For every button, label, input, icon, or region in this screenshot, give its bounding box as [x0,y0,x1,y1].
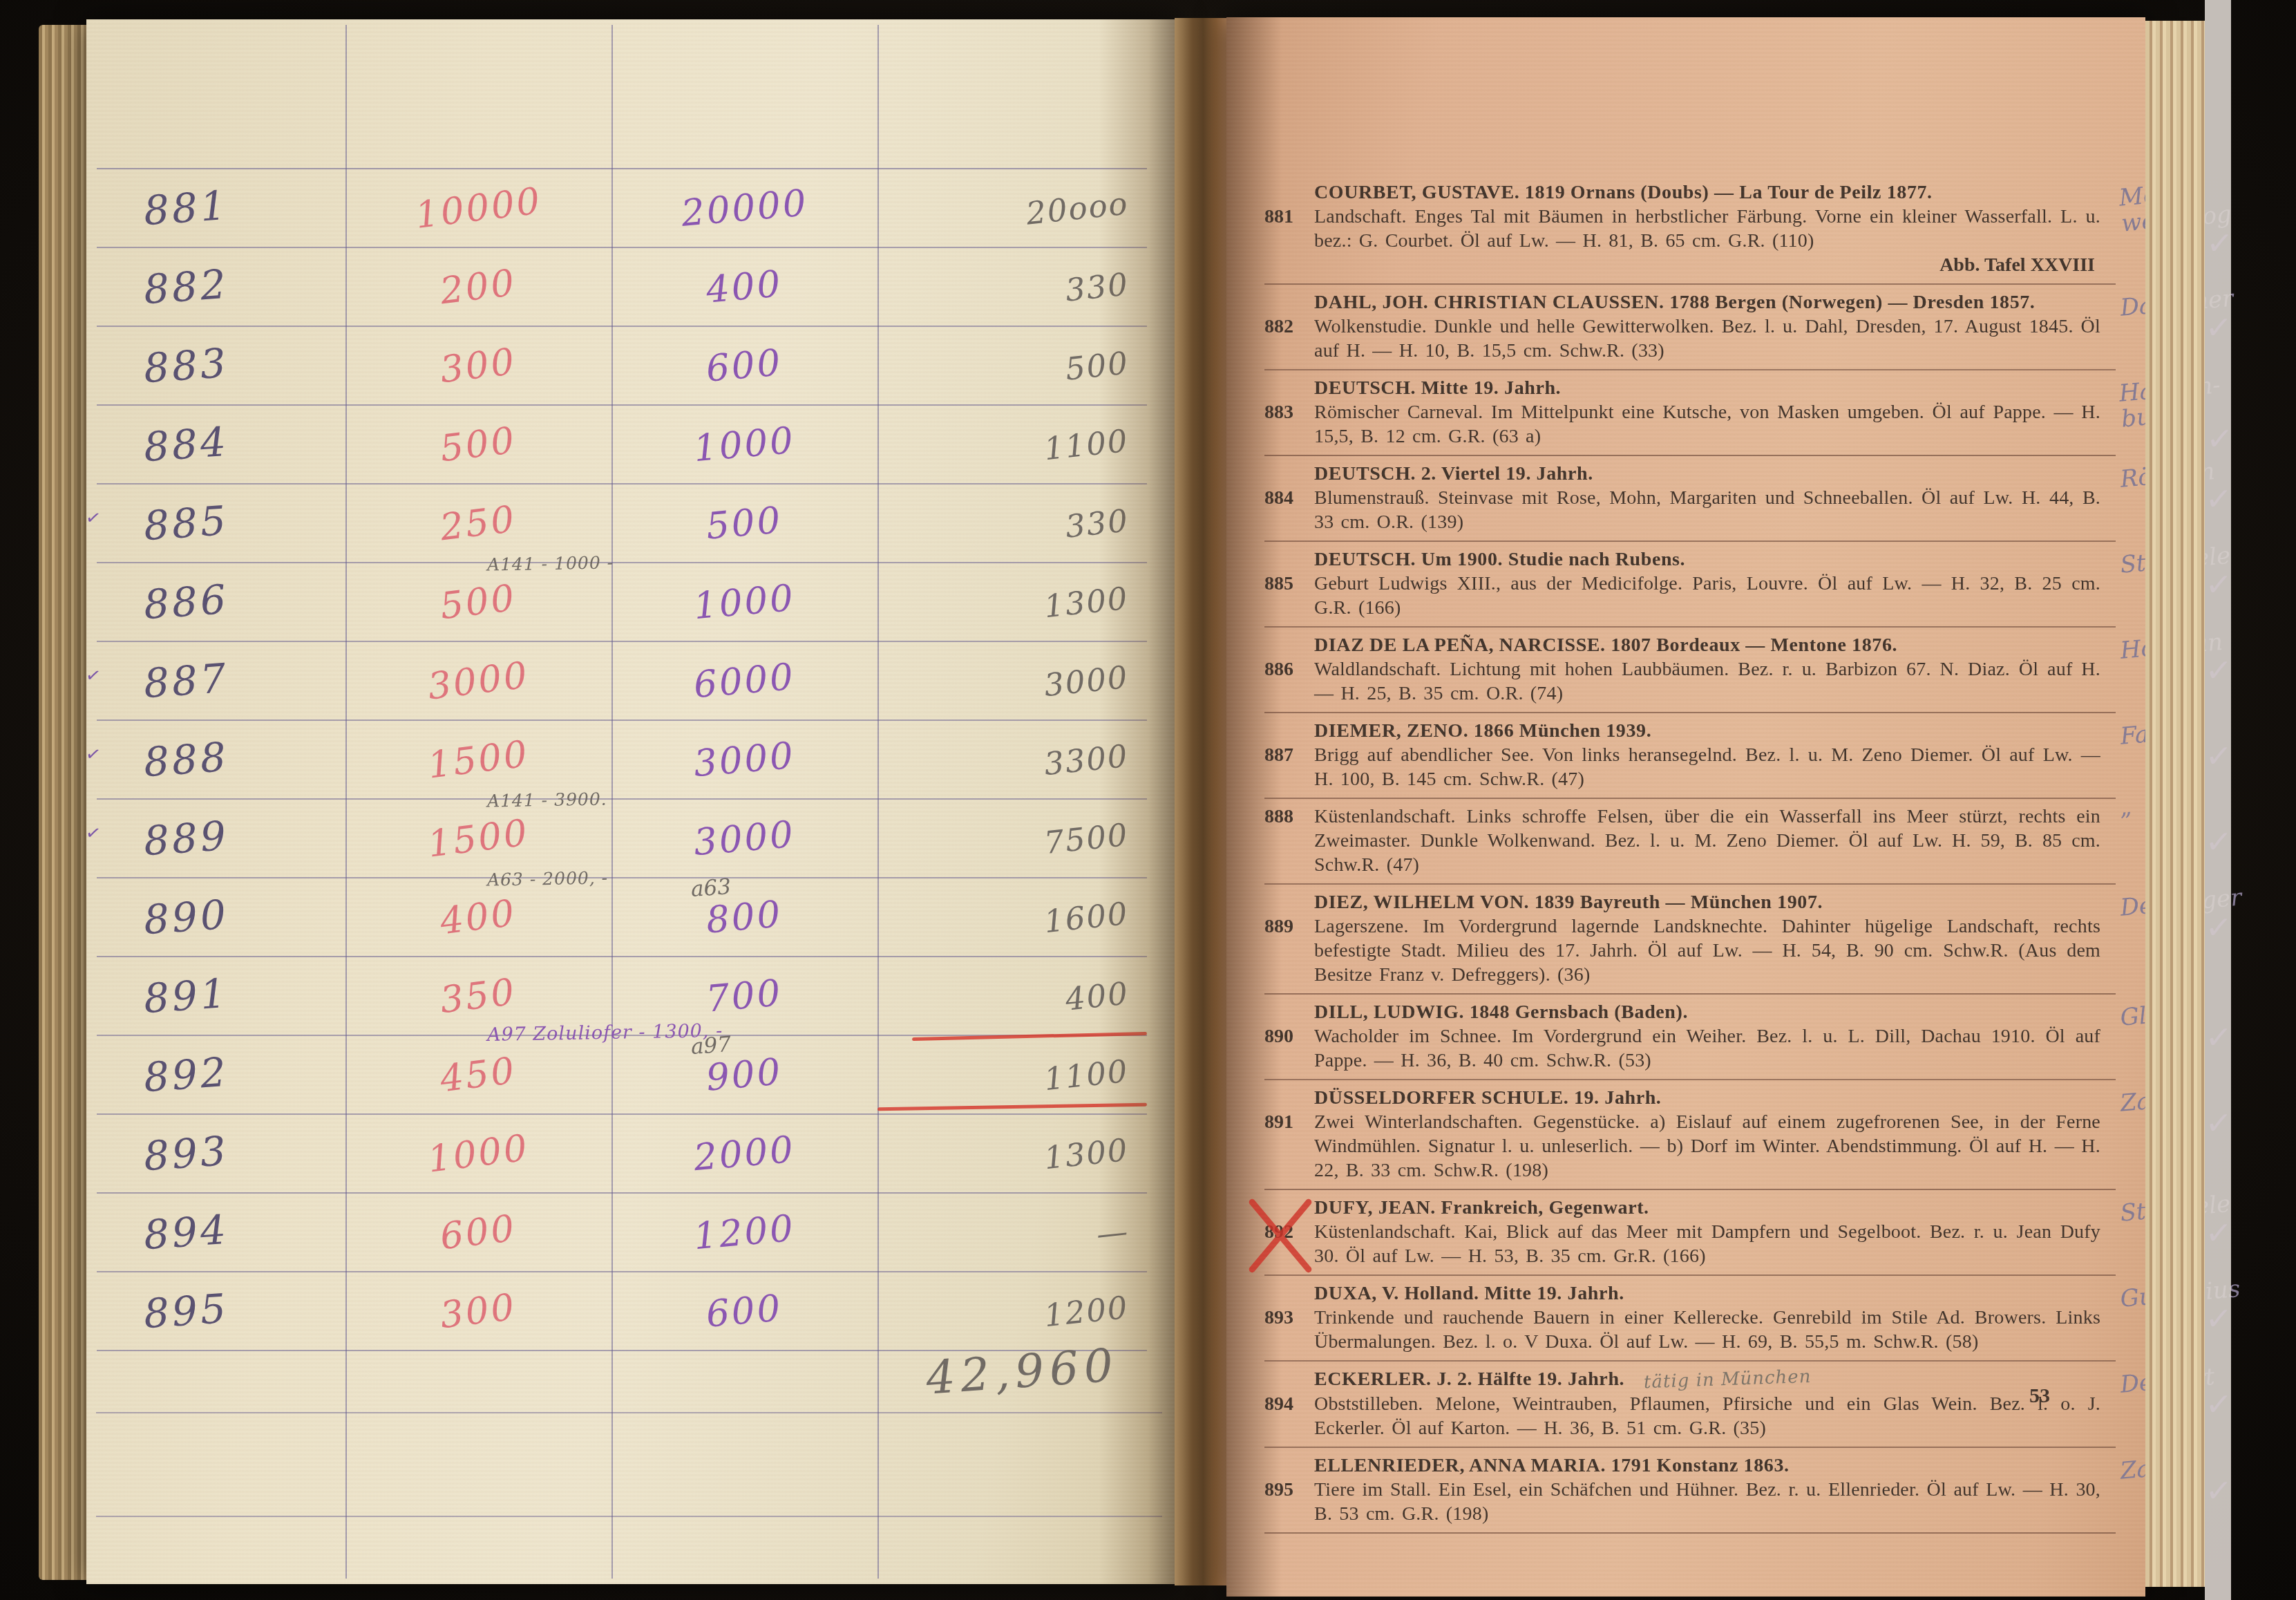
catalog-entry: ELLENRIEDER, ANNA MARIA. 1791 Konstanz 1… [1264,1448,2116,1534]
entry-header-text: DEUTSCH. Mitte 19. Jahrh. [1314,377,1561,399]
entry-header-text: ECKERLER. J. 2. Hälfte 19. Jahrh. [1314,1368,1624,1390]
entry-number: 887 [1264,743,1314,791]
price-red-value: 300 [438,1286,519,1337]
price-red-value: 1000 [426,1127,531,1180]
catalog-entry: DEUTSCH. 2. Viertel 19. Jahrh.884Blumens… [1264,456,2116,542]
price-red-value: 1500 [426,811,531,865]
book-spine-gutter [1175,18,1226,1585]
price-purple-cell: 6000 [611,660,877,702]
price-red-value: 300 [438,340,519,391]
price-purple-cell: 20000 [611,187,877,229]
lot-number: 887 [142,655,230,707]
price-purple-value: 400 [705,263,784,311]
price-red-cell: 350 [345,975,611,1017]
entry-description: Lagerszene. Im Vordergrund lagernde Land… [1314,914,2116,987]
ledger-row: 893100020001300 [97,1115,1147,1194]
entry-body-row: 889Lagerszene. Im Vordergrund lagernde L… [1264,914,2116,987]
price-purple-value: 2000 [692,1128,797,1179]
entry-number: 895 [1264,1478,1314,1526]
entry-header-text: DIAZ DE LA PEÑA, NARCISSE. 1807 Bordeaux… [1314,634,1897,656]
entry-body-row: 884Blumenstrauß. Steinvase mit Rose, Moh… [1264,486,2116,534]
price-red-value: 600 [438,1207,519,1258]
price-red-value: 500 [438,576,519,628]
lot-number-cell: 884 [97,421,345,468]
lot-number-cell: 889 [97,815,345,862]
catalog-entry: DIEZ, WILHELM VON. 1839 Bayreuth — Münch… [1264,885,2116,995]
price-purple-value: 600 [705,1287,784,1335]
price-red-value: 200 [438,261,519,312]
entry-body-row: 882Wolkenstudie. Dunkle und helle Gewitt… [1264,314,2116,363]
price-red-value: 10000 [413,180,544,237]
entry-number: 888 [1264,804,1314,877]
book-photo: 881100002000020ooo8822004003308833006005… [0,0,2296,1600]
price-purple-value: 3000 [692,734,797,785]
entry-header: ELLENRIEDER, ANNA MARIA. 1791 Konstanz 1… [1314,1453,2116,1478]
entry-body-row: 881Landschaft. Enges Tal mit Bäumen in h… [1264,205,2116,253]
lot-number: 892 [142,1048,230,1101]
entry-header: ECKERLER. J. 2. Hälfte 19. Jahrh.tätig i… [1314,1367,2116,1392]
entry-header-text: DIEZ, WILHELM VON. 1839 Bayreuth — Münch… [1314,892,1823,913]
entry-number: 894 [1264,1392,1314,1440]
entry-header-text: DILL, LUDWIG. 1848 Gernsbach (Baden). [1314,1001,1688,1023]
price-red-cell: 1000 [345,1133,611,1175]
entry-body-row: 895Tiere im Stall. Ein Esel, ein Schäfch… [1264,1478,2116,1526]
price-red-cell: 400 [345,896,611,939]
price-red-cell: 3000 [345,660,611,702]
entry-header: DUFY, JEAN. Frankreich, Gegenwart. [1314,1196,2116,1220]
entry-body-row: 888Küstenlandschaft. Links schroffe Fels… [1264,804,2116,877]
catalog-entry: DEUTSCH. Um 1900. Studie nach Rubens.885… [1264,542,2116,628]
entry-header-text: DUFY, JEAN. Frankreich, Gegenwart. [1314,1197,1649,1218]
price-red-cell: 500 [345,424,611,466]
entry-number: 886 [1264,657,1314,706]
price-purple-value: 1200 [692,1207,797,1258]
price-purple-cell: 3000 [611,818,877,860]
price-red-cell: 1500 [345,818,611,860]
ledger-row: ✓885250500330 [97,484,1147,563]
lot-number: 893 [142,1127,230,1180]
entry-description: Wolkenstudie. Dunkle und helle Gewitterw… [1314,314,2116,363]
entry-header: DAHL, JOH. CHRISTIAN CLAUSSEN. 1788 Berg… [1314,290,2116,314]
price-red-cell: 500 [345,581,611,623]
entry-header-text: DÜSSELDORFER SCHULE. 19. Jahrh. [1314,1087,1661,1109]
catalog-entry: DÜSSELDORFER SCHULE. 19. Jahrh.891Zwei W… [1264,1080,2116,1190]
entry-number: 885 [1264,572,1314,620]
ledger-row: 882200400330 [97,248,1147,327]
lot-number: 895 [142,1285,230,1337]
entry-body-row: 891Zwei Winterlandschaften. Gegenstücke.… [1264,1110,2116,1183]
marginal-note: A141 - 3900. [487,789,607,811]
price-purple-cell: 1000 [611,581,877,623]
price-purple-value: 500 [705,499,784,547]
entry-header: DILL, LUDWIG. 1848 Gernsbach (Baden). [1314,1000,2116,1024]
catalog-entry: 888Küstenlandschaft. Links schroffe Fels… [1264,799,2116,885]
entry-body-row: 890Wacholder im Schnee. Im Vordergrund e… [1264,1024,2116,1073]
price-red-cell: 300 [345,345,611,387]
entry-header: DEUTSCH. Mitte 19. Jahrh. [1314,376,2116,400]
lot-number-cell: 882 [97,263,345,310]
price-purple-cell: 1200 [611,1212,877,1254]
catalog-entry: DUXA, V. Holland. Mitte 19. Jahrh.893Tri… [1264,1276,2116,1362]
ledger-row: 8953006001200 [97,1272,1147,1351]
entry-number: 893 [1264,1306,1314,1354]
price-purple-cell: 1000 [611,424,877,466]
lot-number: 891 [142,970,230,1022]
lot-number: 889 [142,812,230,865]
marginal-note: A63 - 2000, - [487,867,609,890]
ledger-row: ✓889150030007500A141 - 3900. [97,800,1147,878]
entry-description: Zwei Winterlandschaften. Gegenstücke. a)… [1314,1110,2116,1183]
catalog-entries: COURBET, GUSTAVE. 1819 Ornans (Doubs) — … [1264,175,2116,1534]
entry-number: 891 [1264,1110,1314,1183]
entry-description: Römischer Carneval. Im Mittelpunkt eine … [1314,400,2116,449]
entry-header: DUXA, V. Holland. Mitte 19. Jahrh. [1314,1281,2116,1306]
ledger-page: 881100002000020ooo8822004003308833006005… [86,19,1175,1584]
ledger-row: 8924509001100A97 Zoluliofer - 1300, -a97 [97,1036,1147,1115]
price-red-value: 350 [438,970,519,1022]
entry-header-text: COURBET, GUSTAVE. 1819 Ornans (Doubs) — … [1314,182,1933,203]
price-red-cell: 250 [345,502,611,545]
lot-number-cell: 888 [97,736,345,783]
lot-number: 884 [142,418,230,471]
lot-number: 886 [142,576,230,628]
entry-body-row: 886Waldlandschaft. Lichtung mit hohen La… [1264,657,2116,706]
price-red-value: 450 [438,1049,519,1100]
entry-description: Waldlandschaft. Lichtung mit hohen Laubb… [1314,657,2116,706]
plate-reference: Abb. Tafel XXVIII [1314,253,2116,277]
left-page-stack-edge [39,25,87,1580]
catalog-page: COURBET, GUSTAVE. 1819 Ornans (Doubs) — … [1226,17,2145,1597]
entry-header: DEUTSCH. 2. Viertel 19. Jahrh. [1314,462,2116,486]
reference-mark: a63 [690,874,732,902]
price-purple-cell: 2000 [611,1133,877,1175]
ledger-row: 8904008001600A63 - 2000, -a63 [97,878,1147,957]
entry-number: 884 [1264,486,1314,534]
catalog-entry: COURBET, GUSTAVE. 1819 Ornans (Doubs) — … [1264,175,2116,285]
price-red-cell: 600 [345,1212,611,1254]
page-number: 53 [2029,1384,2050,1408]
entry-description: Landschaft. Enges Tal mit Bäumen in herb… [1314,205,2116,253]
entry-description: Küstenlandschaft. Links schroffe Felsen,… [1314,804,2116,877]
catalog-entry: DEUTSCH. Mitte 19. Jahrh.883Römischer Ca… [1264,370,2116,456]
entry-description: Trinkende und rauchende Bauern in einer … [1314,1306,2116,1354]
lot-number: 881 [142,182,230,234]
lot-number-cell: 892 [97,1051,345,1098]
entry-header-text: DUXA, V. Holland. Mitte 19. Jahrh. [1314,1283,1624,1304]
entry-header-text: DIEMER, ZENO. 1866 München 1939. [1314,720,1651,742]
catalog-entry: DILL, LUDWIG. 1848 Gernsbach (Baden).890… [1264,995,2116,1080]
gutter-shadow [1099,19,1175,1584]
price-purple-value: 600 [705,341,784,390]
entry-number: 881 [1264,205,1314,253]
entry-header-text: DEUTSCH. 2. Viertel 19. Jahrh. [1314,463,1593,484]
handwritten-note: tätig in München [1644,1365,1812,1395]
marginal-note: A141 - 1000 - [487,552,614,574]
price-red-value: 250 [438,498,519,549]
ledger-row: 88650010001300A141 - 1000 - [97,563,1147,642]
lot-number-cell: 881 [97,185,345,232]
price-red-value: 1500 [426,733,531,787]
entry-header-text: DEUTSCH. Um 1900. Studie nach Rubens. [1314,549,1685,570]
lot-number: 882 [142,261,230,313]
entry-description: Geburt Ludwigs XIII., aus der Medicifolg… [1314,572,2116,620]
price-red-cell: 1500 [345,739,611,781]
lot-number: 885 [142,497,230,549]
entry-header: DEUTSCH. Um 1900. Studie nach Rubens. [1314,547,2116,572]
entry-body-row: 887Brigg auf abendlicher See. Von links … [1264,743,2116,791]
ledger-row: 88450010001100 [97,406,1147,484]
lot-number: 894 [142,1206,230,1259]
entry-header: DIEZ, WILHELM VON. 1839 Bayreuth — Münch… [1314,890,2116,914]
catalog-entry: DUFY, JEAN. Frankreich, Gegenwart.892Küs… [1264,1190,2116,1276]
lot-number-cell: 895 [97,1288,345,1335]
ledger-row: 881100002000020ooo [97,169,1147,248]
ledger-row: 883300600500 [97,327,1147,406]
entry-header: DIEMER, ZENO. 1866 München 1939. [1314,719,2116,743]
entry-body-row: 892Küstenlandschaft. Kai, Blick auf das … [1264,1220,2116,1268]
lot-number-cell: 891 [97,972,345,1019]
entry-description: Küstenlandschaft. Kai, Blick auf das Mee… [1314,1220,2116,1268]
lot-number: 890 [142,891,230,943]
marginal-note: A97 Zoluliofer - 1300, - [487,1020,723,1046]
ledger-row: ✓888150030003300 [97,721,1147,800]
price-red-cell: 200 [345,266,611,308]
catalog-entry: DIEMER, ZENO. 1866 München 1939.887Brigg… [1264,713,2116,799]
cover-edge [2205,0,2231,1600]
price-red-value: 400 [438,892,519,943]
price-purple-value: 3000 [692,813,797,864]
price-red-value: 3000 [426,654,531,708]
ledger-row: 8946001200— [97,1194,1147,1272]
entry-header-text: DAHL, JOH. CHRISTIAN CLAUSSEN. 1788 Berg… [1314,292,2035,313]
red-cross-mark [1242,1192,1318,1280]
entry-number: 889 [1264,914,1314,987]
price-red-cell: 300 [345,1290,611,1333]
lot-number-cell: 893 [97,1130,345,1177]
lot-number-cell: 890 [97,894,345,941]
lot-number-cell: 887 [97,657,345,704]
price-purple-cell: 400 [611,266,877,308]
entry-number: 883 [1264,400,1314,449]
entry-number: 890 [1264,1024,1314,1073]
entry-body-row: 885Geburt Ludwigs XIII., aus der Medicif… [1264,572,2116,620]
entry-description: Tiere im Stall. Ein Esel, ein Schäfchen … [1314,1478,2116,1526]
ledger-row: ✓887300060003000 [97,642,1147,721]
entry-body-row: 883Römischer Carneval. Im Mittelpunkt ei… [1264,400,2116,449]
price-purple-value: 700 [705,972,784,1020]
price-purple-value: 1000 [692,576,797,628]
entry-header: DÜSSELDORFER SCHULE. 19. Jahrh. [1314,1086,2116,1110]
ledger-rule [96,1412,1162,1413]
price-purple-cell: 800 [611,896,877,939]
lot-number: 883 [142,339,230,392]
entry-description: Obststilleben. Melone, Weintrauben, Pfla… [1314,1392,2116,1440]
reference-mark: a97 [690,1032,732,1060]
price-red-value: 500 [438,419,519,470]
lot-number-cell: 885 [97,500,345,547]
ledger-table: 881100002000020ooo8822004003308833006005… [97,168,1147,1351]
catalog-entry: ECKERLER. J. 2. Hälfte 19. Jahrh.tätig i… [1264,1362,2116,1448]
lot-number-cell: 894 [97,1209,345,1256]
right-page-stack-edge [2145,21,2205,1587]
price-purple-cell: 600 [611,1290,877,1333]
entry-body-row: 893Trinkende und rauchende Bauern in ein… [1264,1306,2116,1354]
price-red-cell: 450 [345,1054,611,1096]
entry-header: DIAZ DE LA PEÑA, NARCISSE. 1807 Bordeaux… [1314,633,2116,657]
lot-number-cell: 886 [97,578,345,625]
price-purple-cell: 700 [611,975,877,1017]
price-purple-cell: 3000 [611,739,877,781]
price-red-cell: 10000 [345,187,611,229]
price-purple-value: 20000 [679,182,809,235]
catalog-entry: DIAZ DE LA PEÑA, NARCISSE. 1807 Bordeaux… [1264,628,2116,713]
lot-number: 888 [142,733,230,786]
price-purple-cell: 500 [611,502,877,545]
entry-header-text: ELLENRIEDER, ANNA MARIA. 1791 Konstanz 1… [1314,1455,1790,1476]
catalog-entry: DAHL, JOH. CHRISTIAN CLAUSSEN. 1788 Berg… [1264,285,2116,370]
entry-description: Brigg auf abendlicher See. Von links her… [1314,743,2116,791]
entry-body-row: 894Obststilleben. Melone, Weintrauben, P… [1264,1392,2116,1440]
price-purple-cell: 900 [611,1054,877,1096]
ledger-rule [96,1516,1162,1517]
entry-description: Blumenstrauß. Steinvase mit Rose, Mohn, … [1314,486,2116,534]
entry-description: Wacholder im Schnee. Im Vordergrund ein … [1314,1024,2116,1073]
price-purple-value: 6000 [692,655,797,706]
price-purple-cell: 600 [611,345,877,387]
entry-number: 882 [1264,314,1314,363]
entry-header: COURBET, GUSTAVE. 1819 Ornans (Doubs) — … [1314,180,2116,205]
price-purple-value: 1000 [692,419,797,470]
lot-number-cell: 883 [97,342,345,389]
